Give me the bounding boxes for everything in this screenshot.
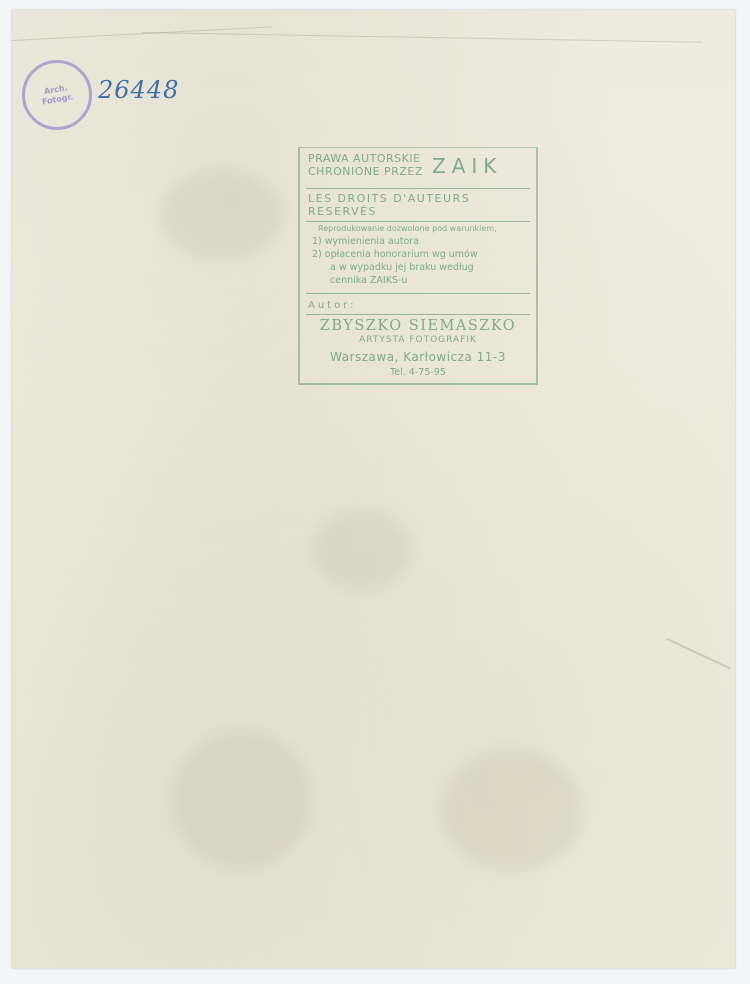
author-phone: Tel. 4-75-95 [300,364,536,378]
rights-line-1: PRAWA AUTORSKIE [308,152,423,165]
inventory-number: 26448 [98,76,179,104]
author-address: Warszawa, Karłowicza 11-3 [300,345,536,364]
crease [142,32,702,43]
author-label: Autor: [300,294,536,314]
stain [442,750,582,870]
rights-line-2: CHRONIONE PRZEZ [308,165,423,178]
stamp-header: PRAWA AUTORSKIE CHRONIONE PRZEZ ZAIK [300,148,536,188]
archive-round-stamp: Arch. Fotogr. [22,60,92,130]
stain [162,170,282,260]
zaik-label: ZAIK [432,154,502,178]
conditions-intro: Reprodukowanie dozwolone pod warunkiem, [300,222,536,235]
author-title: ARTYSTA FOTOGRAFIK [300,334,536,345]
author-name: ZBYSZKO SIEMASZKO [300,315,536,334]
condition-item: 1) wymienienia autora [300,235,536,248]
condition-item: a w wypadku jej braku według [300,261,536,274]
copyright-stamp: PRAWA AUTORSKIE CHRONIONE PRZEZ ZAIK LES… [298,147,538,385]
stain [172,730,312,870]
rights-reserved: LES DROITS D'AUTEURS RESERVÉS [300,189,536,221]
stain [312,510,412,590]
stamp-header-left: PRAWA AUTORSKIE CHRONIONE PRZEZ [308,152,423,178]
condition-item: cennika ZAIKS-u [300,274,536,287]
tear [667,638,731,669]
condition-item: 2) opłacenia honorarium wg umów [300,248,536,261]
